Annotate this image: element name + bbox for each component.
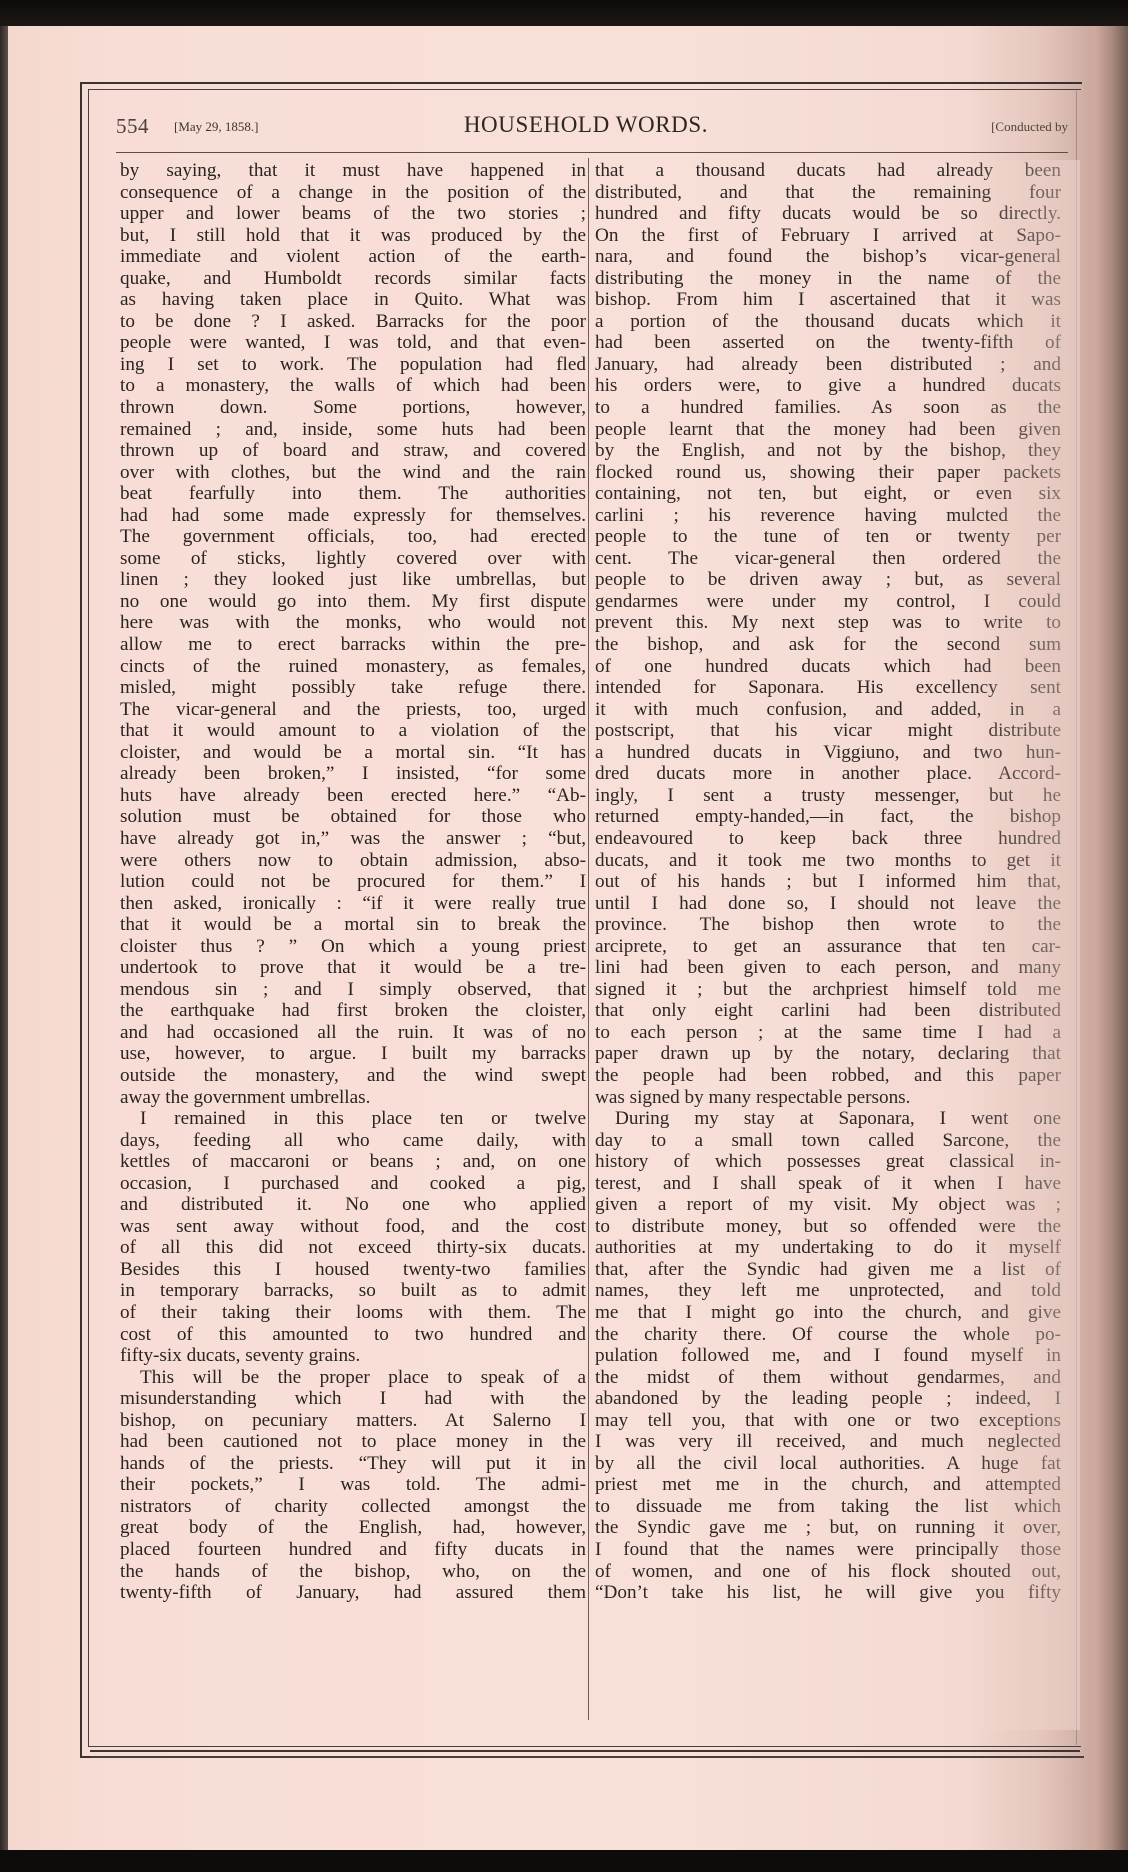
text-line: by all the civil local authorities. A hu… [595,1453,1061,1475]
text-line: ducats, and it took me two months to get… [595,850,1061,872]
text-line: I remained in this place ten or twelve [120,1108,586,1130]
text-line: paper drawn up by the notary, declaring … [595,1043,1061,1065]
text-line: gendarmes were under my control, I could [595,591,1061,613]
text-line: to a monastery, the walls of which had b… [120,375,586,397]
text-line: to each person ; at the same time I had … [595,1022,1061,1044]
text-line: a hundred ducats in Viggiuno, and two hu… [595,742,1061,764]
text-line: remained ; and, inside, some huts had be… [120,419,586,441]
text-line: people to the tune of ten or twenty per [595,526,1061,548]
text-line: The vicar-general and the priests, too, … [120,699,586,721]
text-line: history of which possesses great classic… [595,1151,1061,1173]
text-line: misunderstanding which I had with the [120,1388,586,1410]
text-line: distributed, and that the remaining four [595,182,1061,204]
text-line: carlini ; his reverence having mulcted t… [595,505,1061,527]
text-line: until I had done so, I should not leave … [595,893,1061,915]
text-line: fifty-six ducats, seventy grains. [120,1345,586,1367]
text-line: outside the monastery, and the wind swep… [120,1065,586,1087]
text-line: authorities at my undertaking to do it m… [595,1237,1061,1259]
text-line: occasion, I purchased and cooked a pig, [120,1173,586,1195]
text-line: cloister, and would be a mortal sin. “It… [120,742,586,764]
text-line: The government officials, too, had erect… [120,526,586,548]
text-line: province. The bishop then wrote to the [595,914,1061,936]
text-line: priest met me in the church, and attempt… [595,1474,1061,1496]
text-line: postscript, that his vicar might distrib… [595,720,1061,742]
text-line: people to be driven away ; but, as sever… [595,569,1061,591]
text-line: that it would amount to a violation of t… [120,720,586,742]
text-line: terest, and I shall speak of it when I h… [595,1173,1061,1195]
text-line: the hands of the bishop, who, on the [120,1561,586,1583]
text-line: arciprete, to get an assurance that ten … [595,936,1061,958]
text-line: consequence of a change in the position … [120,182,586,204]
journal-title: HOUSEHOLD WORDS. [436,112,736,138]
text-line: misled, might possibly take refuge there… [120,677,586,699]
page-number: 554 [116,114,149,139]
text-line: undertook to prove that it would be a tr… [120,957,586,979]
text-column-left: by saying, that it must have happened in… [120,160,586,1604]
text-line: This will be the proper place to speak o… [120,1367,586,1389]
text-line: great body of the English, had, however, [120,1517,586,1539]
text-line: days, feeding all who came daily, with [120,1130,586,1152]
scan-bottom-edge [0,1850,1128,1872]
text-line: already been broken,” I insisted, “for s… [120,763,586,785]
text-line: some of sticks, lightly covered over wit… [120,548,586,570]
text-line: pulation followed me, and I found myself… [595,1345,1061,1367]
text-line: January, had already been distributed ; … [595,354,1061,376]
text-line: day to a small town called Sarcone, the [595,1130,1061,1152]
text-line: cincts of the ruined monastery, as femal… [120,656,586,678]
text-line: people were wanted, I was told, and that… [120,332,586,354]
text-line: was sent away without food, and the cost [120,1216,586,1238]
text-line: had been asserted on the twenty-fifth of [595,332,1061,354]
text-line: to dissuade me from taking the list whic… [595,1496,1061,1518]
text-line: to be done ? I asked. Barracks for the p… [120,311,586,333]
text-line: returned empty-handed,—in fact, the bish… [595,806,1061,828]
text-line: nistrators of charity collected amongst … [120,1496,586,1518]
text-line: his orders were, to give a hundred ducat… [595,375,1061,397]
text-line: use, however, to argue. I built my barra… [120,1043,586,1065]
text-line: had been cautioned not to place money in… [120,1431,586,1453]
text-line: solution must be obtained for those who [120,806,586,828]
text-line: no one would go into them. My first disp… [120,591,586,613]
text-line: thrown up of board and straw, and covere… [120,440,586,462]
text-line: beat fearfully into them. The authoritie… [120,483,586,505]
text-line: to distribute money, but so offended wer… [595,1216,1061,1238]
binding-gutter-shadow [1078,26,1128,1852]
text-line: the earthquake had first broken the cloi… [120,1000,586,1022]
text-line: lution could not be procured for them.” … [120,871,586,893]
text-line: the midst of them without gendarmes, and [595,1367,1061,1389]
text-line: kettles of maccaroni or beans ; and, on … [120,1151,586,1173]
text-line: twenty-fifth of January, had assured the… [120,1582,586,1604]
text-line: hands of the priests. “They will put it … [120,1453,586,1475]
text-line: bishop. From him I ascertained that it w… [595,289,1061,311]
text-line: prevent this. My next step was to write … [595,612,1061,634]
text-line: given a report of my visit. My object wa… [595,1194,1061,1216]
issue-date: [May 29, 1858.] [174,119,259,135]
text-line: was signed by many respectable persons. [595,1087,1061,1109]
running-header: 554 [May 29, 1858.] HOUSEHOLD WORDS. [Co… [116,108,1076,148]
header-rule [116,152,1068,153]
conducted-by-note: [Conducted by [991,119,1068,135]
text-line: that a thousand ducats had already been [595,160,1061,182]
text-line: and distributed it. No one who applied [120,1194,586,1216]
text-line: ingly, I sent a trusty messenger, but he [595,785,1061,807]
text-line: the bishop, and ask for the second sum [595,634,1061,656]
text-line: linen ; they looked just like umbrellas,… [120,569,586,591]
text-line: it with much confusion, and added, in a [595,699,1061,721]
text-line: of women, and one of his flock shouted o… [595,1561,1061,1583]
text-line: names, they left me unprotected, and tol… [595,1280,1061,1302]
text-line: out of his hands ; but I informed him th… [595,871,1061,893]
text-line: people learnt that the money had been gi… [595,419,1061,441]
text-line: of their taking their looms with them. T… [120,1302,586,1324]
text-line: me that I might go into the church, and … [595,1302,1061,1324]
text-line: nara, and found the bishop’s vicar-gener… [595,246,1061,268]
text-line: immediate and violent action of the eart… [120,246,586,268]
text-line: mendous sin ; and I simply observed, tha… [120,979,586,1001]
text-line: that only eight carlini had been distrib… [595,1000,1061,1022]
text-line: a portion of the thousand ducats which i… [595,311,1061,333]
text-line: flocked round us, showing their paper pa… [595,462,1061,484]
text-line: cloister thus ? ” On which a young pries… [120,936,586,958]
text-line: but, I still hold that it was produced b… [120,225,586,247]
text-line: allow me to erect barracks within the pr… [120,634,586,656]
text-line: bishop, on pecuniary matters. At Salerno… [120,1410,586,1432]
text-line: abandoned by the leading people ; indeed… [595,1388,1061,1410]
text-line: lini had been given to each person, and … [595,957,1061,979]
text-line: that, after the Syndic had given me a li… [595,1259,1061,1281]
text-line: thrown down. Some portions, however, [120,397,586,419]
text-line: “Don’t take his list, he will give you f… [595,1582,1061,1604]
text-line: cost of this amounted to two hundred and [120,1324,586,1346]
text-line: of all this did not exceed thirty-six du… [120,1237,586,1259]
text-line: over with clothes, but the wind and the … [120,462,586,484]
footer-rule-upper [90,1750,1080,1752]
text-line: cent. The vicar-general then ordered the [595,548,1061,570]
page-left-edge [0,26,8,1852]
text-line: During my stay at Saponara, I went one [595,1108,1061,1130]
text-line: had had some made expressly for themselv… [120,505,586,527]
text-line: their pockets,” I was told. The admi- [120,1474,586,1496]
text-line: containing, not ten, but eight, or even … [595,483,1061,505]
text-line: intended for Saponara. His excellency se… [595,677,1061,699]
text-line: that it would be a mortal sin to break t… [120,914,586,936]
footer-rule-lower [90,1756,1084,1758]
text-line: have already got in,” was the answer ; “… [120,828,586,850]
page-frame-right-rule [1076,89,1077,1745]
column-divider-rule [588,158,589,1720]
text-line: signed it ; but the archpriest himself t… [595,979,1061,1001]
text-line: the charity there. Of course the whole p… [595,1324,1061,1346]
text-line: to a hundred families. As soon as the [595,397,1061,419]
text-line: ing I set to work. The population had fl… [120,354,586,376]
text-line: in temporary barracks, so built as to ad… [120,1280,586,1302]
text-line: hundred and fifty ducats would be so dir… [595,203,1061,225]
text-line: Besides this I housed twenty-two familie… [120,1259,586,1281]
text-line: On the first of February I arrived at Sa… [595,225,1061,247]
text-line: huts have already been erected here.” “A… [120,785,586,807]
text-line: quake, and Humboldt records similar fact… [120,268,586,290]
text-line: of one hundred ducats which had been [595,656,1061,678]
text-line: I was very ill received, and much neglec… [595,1431,1061,1453]
text-line: dred ducats more in another place. Accor… [595,763,1061,785]
text-line: then asked, ironically : “if it were rea… [120,893,586,915]
text-line: may tell you, that with one or two excep… [595,1410,1061,1432]
text-line: here was with the monks, who would not [120,612,586,634]
text-line: by the English, and not by the bishop, t… [595,440,1061,462]
text-column-right: that a thousand ducats had already beend… [595,160,1061,1604]
text-line: were others now to obtain admission, abs… [120,850,586,872]
text-line: as having taken place in Quito. What was [120,289,586,311]
text-line: the people had been robbed, and this pap… [595,1065,1061,1087]
text-line: endeavoured to keep back three hundred [595,828,1061,850]
text-line: I found that the names were principally … [595,1539,1061,1561]
text-line: upper and lower beams of the two stories… [120,203,586,225]
text-line: placed fourteen hundred and fifty ducats… [120,1539,586,1561]
text-line: and had occasioned all the ruin. It was … [120,1022,586,1044]
text-line: distributing the money in the name of th… [595,268,1061,290]
scan-top-edge [0,0,1128,26]
text-line: by saying, that it must have happened in [120,160,586,182]
text-line: the Syndic gave me ; but, on running it … [595,1517,1061,1539]
text-line: away the government umbrellas. [120,1087,586,1109]
